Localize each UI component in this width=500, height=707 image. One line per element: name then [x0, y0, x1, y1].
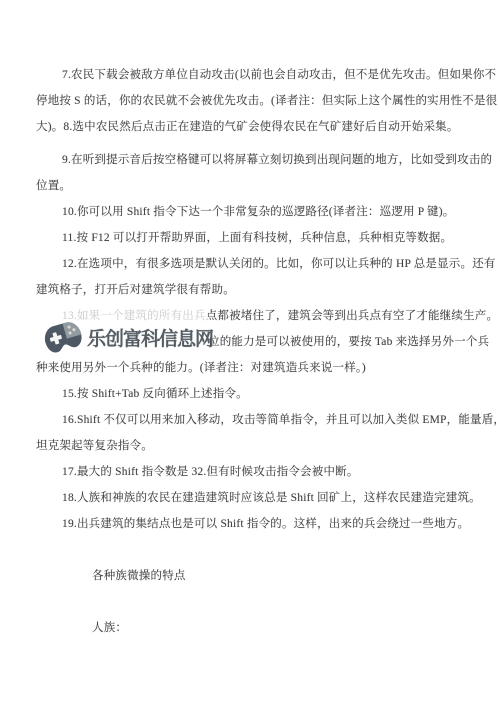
document-line: 11.按 F12 可以打开帮助界面，上面有科技树，兵种信息，兵种相克等数据。 [36, 225, 466, 251]
document-line: 10.你可以用 Shift 指令下达一个非常复杂的巡逻路径(译者注：巡逻用 P … [36, 199, 466, 225]
document-line: 停地按 S 的话，你的农民就不会被优先攻击。(译者注：但实际上这个属性的实用性不… [36, 88, 466, 114]
document-line: 位置。 [36, 173, 466, 199]
document-line: 18.人族和神族的农民在建造建筑时应该总是 Shift 回矿上，这样农民建造完建… [36, 485, 466, 511]
document-line: 17.最大的 Shift 指令数是 32.但有时候攻击指令会被中断。 [36, 459, 466, 485]
gamepad-icon [38, 314, 88, 360]
watermark-overlay: 乐创富科信息网 [28, 296, 208, 357]
document-line: 19.出兵建筑的集结点也是可以 Shift 指令的。这样，出来的兵会绕过一些地方… [36, 511, 466, 537]
document-line: 坦克架起等复杂指令。 [36, 433, 466, 459]
document-line: 人族： [36, 615, 466, 641]
document-line: 7.农民下载会被敌方单位自动攻击(以前也会自动攻击，但不是优先攻击。但如果你不 [36, 62, 466, 88]
document-line: 种来使用另外一个兵种的能力。(译者注：对建筑造兵来说一样。) [36, 355, 466, 381]
document-line: 12.在选项中，有很多选项是默认关闭的。比如，你可以让兵种的 HP 总是显示。还… [36, 251, 466, 277]
document-line: 9.在听到提示音后按空格键可以将屏幕立刻切换到出现问题的地方，比如受到攻击的 [36, 147, 466, 173]
document-line: 16.Shift 不仅可以用来加入移动，攻击等简单指令，并且可以加入类似 EMP… [36, 407, 466, 433]
document-page: 7.农民下载会被敌方单位自动攻击(以前也会自动攻击，但不是优先攻击。但如果你不停… [0, 0, 500, 707]
watermark-text: 乐创富科信息网 [87, 324, 213, 351]
watermark: 乐创富科信息网 [42, 318, 213, 356]
document-line: 各种族微操的特点 [36, 563, 466, 589]
document-line: 15.按 Shift+Tab 反向循环上述指令。 [36, 381, 466, 407]
document-line: 大)。8.选中农民然后点击正在建造的气矿会使得农民在气矿建好后自动开始采集。 [36, 114, 466, 140]
